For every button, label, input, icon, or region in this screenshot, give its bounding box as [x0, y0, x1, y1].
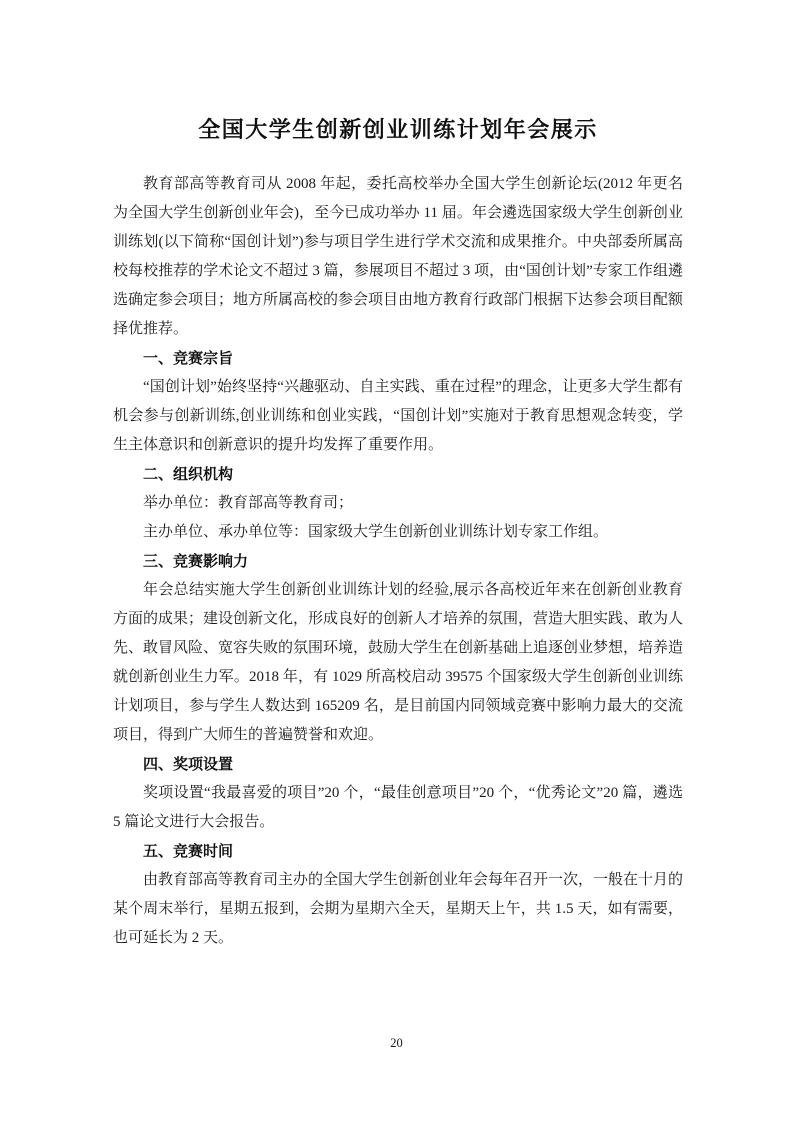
page-title: 全国大学生创新创业训练计划年会展示 [113, 112, 683, 148]
section-heading: 五、竞赛时间 [113, 837, 683, 866]
sections-container: 一、竞赛宗旨“国创计划”始终坚持“兴趣驱动、自主实践、重在过程”的理念，让更多大… [113, 344, 683, 953]
section-heading: 三、竞赛影响力 [113, 547, 683, 576]
intro-paragraph: 教育部高等教育司从 2008 年起，委托高校举办全国大学生创新论坛(2012 年… [113, 170, 683, 344]
section-heading: 四、奖项设置 [113, 750, 683, 779]
page-number: 20 [390, 1036, 403, 1050]
body-paragraph: 主办单位、承办单位等：国家级大学生创新创业训练计划专家工作组。 [113, 518, 683, 547]
body-paragraph: 奖项设置“我最喜爱的项目”20 个，“最佳创意项目”20 个，“优秀论文”20 … [113, 779, 683, 837]
body-paragraph: 举办单位：教育部高等教育司； [113, 489, 683, 518]
page-footer: 20 [0, 1034, 793, 1052]
content-area: 全国大学生创新创业训练计划年会展示 教育部高等教育司从 2008 年起，委托高校… [113, 0, 683, 953]
body-paragraph: 由教育部高等教育司主办的全国大学生创新创业年会每年召开一次，一般在十月的某个周末… [113, 866, 683, 953]
section-heading: 一、竞赛宗旨 [113, 344, 683, 373]
section-heading: 二、组织机构 [113, 460, 683, 489]
body-paragraph: 年会总结实施大学生创新创业训练计划的经验,展示各高校近年来在创新创业教育方面的成… [113, 576, 683, 750]
document-body: 教育部高等教育司从 2008 年起，委托高校举办全国大学生创新论坛(2012 年… [113, 170, 683, 953]
document-page: 全国大学生创新创业训练计划年会展示 教育部高等教育司从 2008 年起，委托高校… [0, 0, 793, 1122]
body-paragraph: “国创计划”始终坚持“兴趣驱动、自主实践、重在过程”的理念，让更多大学生都有机会… [113, 373, 683, 460]
